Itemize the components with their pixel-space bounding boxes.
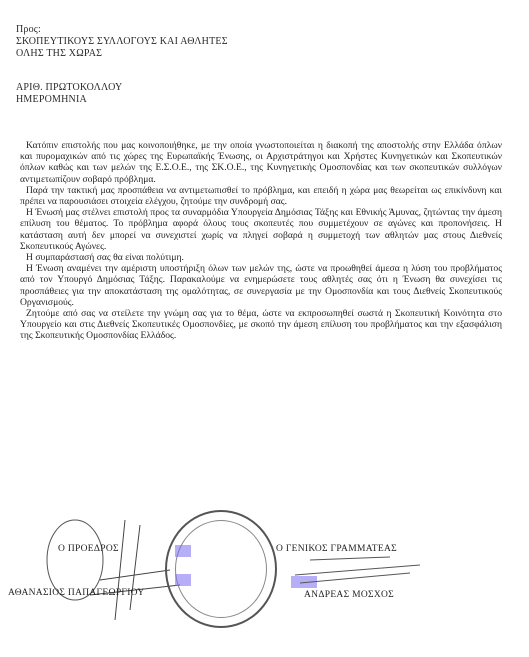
- secretary-title: Ο ΓΕΝΙΚΟΣ ΓΡΑΜΜΑΤΕΑΣ: [276, 544, 397, 554]
- paragraph: Κατόπιν επιστολής που μας κοινοποιήθηκε,…: [20, 140, 502, 185]
- paragraph: Η συμπαράστασή σας θα είναι πολύτιμη.: [20, 252, 502, 263]
- secretary-name: ΑΝΔΡΕΑΣ ΜΟΣΧΟΣ: [304, 590, 394, 600]
- president-title: Ο ΠΡΟΕΔΡΟΣ: [58, 544, 119, 554]
- paragraph: Η Ένωσή μας στέλνει επιστολή προς τα συν…: [20, 207, 502, 252]
- recipient-label: Προς:: [16, 24, 41, 36]
- recipient-line-2: ΟΛΗΣ ΤΗΣ ΧΩΡΑΣ: [16, 48, 102, 60]
- blue-ink-mark-icon: [175, 545, 191, 557]
- date-line: ΗΜΕΡΟΜΗΝΙΑ: [16, 94, 87, 106]
- paragraph: Παρά την τακτική μας προσπάθεια να αντιμ…: [20, 185, 502, 207]
- official-stamp: [165, 510, 277, 628]
- paragraph: Ζητούμε από σας να στείλετε την γνώμη σα…: [20, 308, 502, 342]
- document-page: Προς: ΣΚΟΠΕΥΤΙΚΟΥΣ ΣΥΛΛΟΓΟΥΣ ΚΑΙ ΑΘΛΗΤΕΣ…: [0, 0, 529, 657]
- recipient-line-1: ΣΚΟΠΕΥΤΙΚΟΥΣ ΣΥΛΛΟΓΟΥΣ ΚΑΙ ΑΘΛΗΤΕΣ: [16, 36, 228, 48]
- blue-ink-mark-icon: [175, 574, 191, 586]
- letter-body: Κατόπιν επιστολής που μας κοινοποιήθηκε,…: [20, 140, 502, 342]
- president-name: ΑΘΑΝΑΣΙΟΣ ΠΑΠΑΓΕΩΡΓΙΟΥ: [8, 588, 145, 598]
- paragraph: Η Ένωση αναμένει την αμέριστη υποστήριξη…: [20, 263, 502, 308]
- protocol-number: ΑΡΙΘ. ΠΡΩΤΟΚΟΛΛΟΥ: [16, 82, 122, 94]
- president-signature-icon: [30, 510, 180, 630]
- stamp-inner-ring: [175, 520, 267, 618]
